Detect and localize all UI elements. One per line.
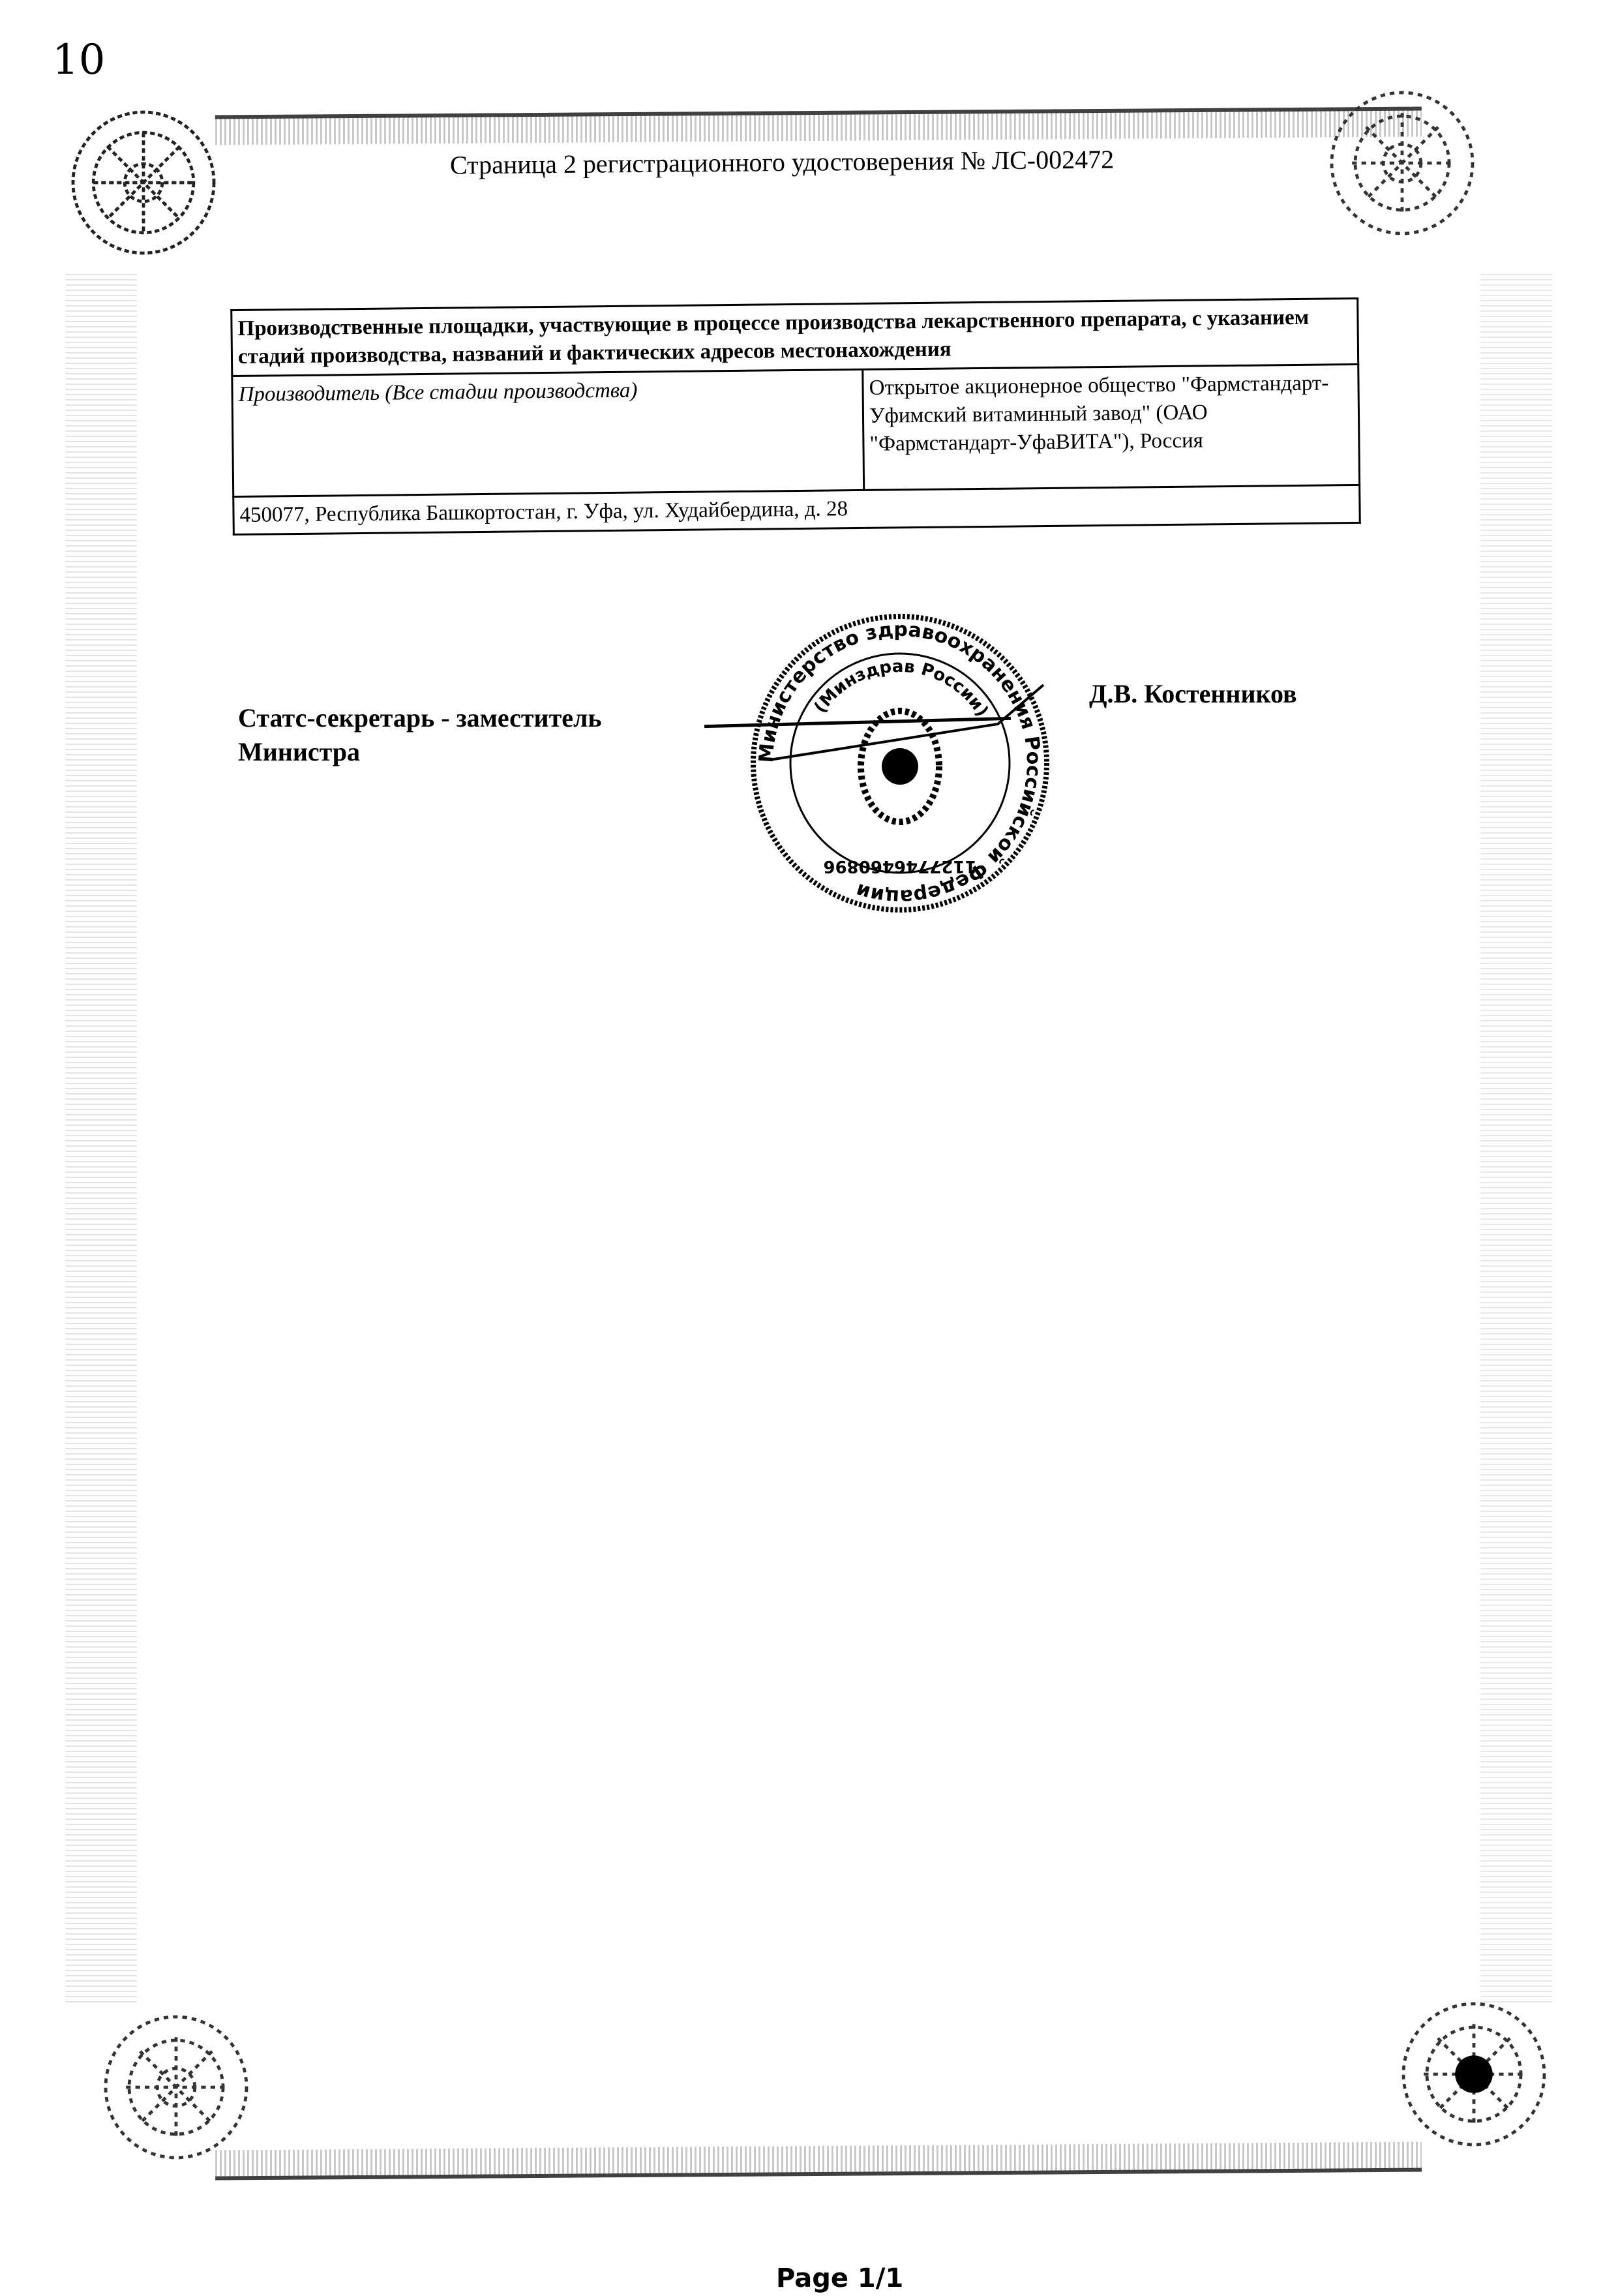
page-footer: Page 1/1 <box>776 2263 903 2293</box>
manufacturer-role: Производитель (Все стадии производства) <box>232 369 864 496</box>
ornamental-border-top <box>215 107 1422 145</box>
ornamental-border-left <box>65 274 137 2002</box>
manufacturer-organization: Открытое акционерное общество "Фармстанд… <box>863 364 1360 490</box>
signatory-name: Д.В. Костенников <box>1089 678 1297 709</box>
page-title: Страница 2 регистрационного удостоверени… <box>450 144 1114 181</box>
handwritten-page-number: 10 <box>52 36 105 84</box>
table-header: Производственные площадки, участвующие в… <box>232 298 1358 376</box>
ornamental-border-bottom <box>215 2142 1422 2181</box>
official-seal-stamp: Министерство здравоохранения Российской … <box>737 607 1063 920</box>
signatory-position-line2: Министра <box>238 735 602 769</box>
rosette-ornament-icon <box>65 104 222 261</box>
rosette-ornament-icon <box>1324 85 1480 241</box>
ornamental-border-right <box>1480 274 1552 2002</box>
rosette-ornament-icon <box>1396 1996 1552 2152</box>
signatory-position-line1: Статс-секретарь - заместитель <box>238 701 602 735</box>
production-sites-table: Производственные площадки, участвующие в… <box>230 297 1361 536</box>
signatory-position: Статс-секретарь - заместитель Министра <box>238 701 602 769</box>
seal-ogrn: 1127746460896 <box>823 856 976 876</box>
table-row: Производитель (Все стадии производства) … <box>232 364 1360 496</box>
rosette-ornament-icon <box>98 2009 254 2166</box>
